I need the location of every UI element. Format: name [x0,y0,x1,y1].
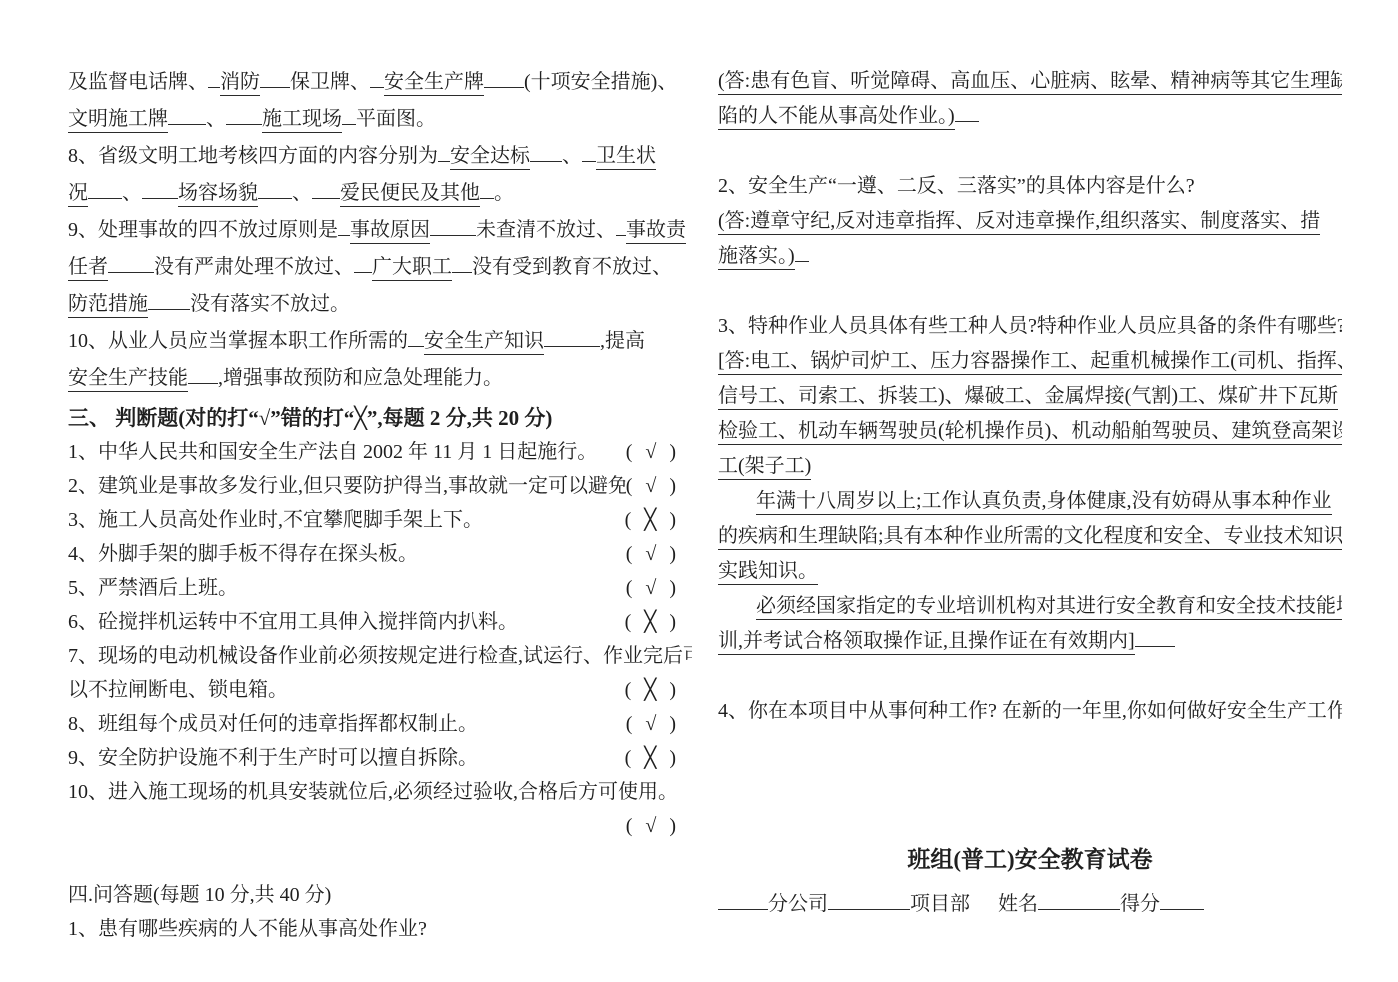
text-segment: 4、你在本项目中从事何种工作? 在新的一年里,你如何做好安全生产工作? [718,700,1342,722]
section-4-header: 四.问答题(每题 10 分,共 40 分) [68,878,692,912]
answer-mark: ( √ ) [626,707,692,741]
text-segment: 四.问答题(每题 10 分,共 40 分) [68,884,331,906]
blank-line [718,799,1342,834]
blank-line [718,729,1342,764]
qa-answer-1-line-2: 陷的人不能从事高处作业。) [718,99,1342,134]
qa-question-2: 2、安全生产“一遵、二反、三落实”的具体内容是什么? [718,169,1342,204]
fillin-q9-line-1: 9、处理事故的四不放过原则是事故原因未查清不放过、事故责 [68,212,692,249]
line-text: 4、外脚手架的脚手板不得存在探头板。 [68,537,626,571]
line-text: 3、特种作业人员具体有些工种人员?特种作业人员应具备的条件有哪些? [718,309,1342,344]
line-text: 4、你在本项目中从事何种工作? 在新的一年里,你如何做好安全生产工作? [718,694,1342,729]
line-text: 防范措施没有落实不放过。 [68,286,692,323]
section-3-header: 三、 判断题(对的打“√”错的打“╳”,每题 2 分,共 20 分) [68,397,692,435]
qa-answer-3-line-4: 工(架子工) [718,449,1342,484]
line-text: 必须经国家指定的专业培训机构对其进行安全教育和安全技术技能培 [756,589,1342,624]
line-text: 训,并考试合格领取操作证,且操作证在有效期内] [718,624,1342,659]
judgment-item-8: 8、班组每个成员对任何的违章指挥都权制止。( √ ) [68,707,692,741]
judgment-item-4: 4、外脚手架的脚手板不得存在探头板。( √ ) [68,537,692,571]
answer-text: [答:电工、锅炉司炉工、压力容器操作工、起重机械操作工(司机、指挥、 [718,350,1342,375]
blank-underline [88,179,122,199]
line-text: 3、施工人员高处作业时,不宜攀爬脚手架上下。 [68,503,625,537]
answer-mark: ( √ ) [626,571,692,605]
line-text: 10、进入施工现场的机具安装就位后,必须经过验收,合格后方可使用。 [68,775,692,809]
line-text: 1、中华人民共和国安全生产法自 2002 年 11 月 1 日起施行。 [68,435,626,469]
line-text [68,843,692,878]
answer-text: 年满十八周岁以上;工作认真负责,身体健康,没有妨碍从事本种作业 [756,490,1332,515]
qa-answer-3-line-3: 检验工、机动车辆驾驶员(轮机操作员)、机动船舶驾驶员、建筑登高架设 [718,414,1342,449]
answer-mark: ( √ ) [626,809,692,843]
line-text: 2、建筑业是事故多发行业,但只要防护得当,事故就一定可以避免。 [68,469,626,503]
answer-mark: ( ╳ ) [625,741,692,775]
answer-text: 实践知识。 [718,560,818,585]
text-segment: 4、外脚手架的脚手板不得存在探头板。 [68,543,418,565]
text-segment: 、 [206,108,226,130]
line-text: [答:电工、锅炉司炉工、压力容器操作工、起重机械操作工(司机、指挥、 [718,344,1342,379]
blank-underline [430,216,476,236]
line-text: 实践知识。 [718,554,1342,589]
line-text: 2、安全生产“一遵、二反、三落实”的具体内容是什么? [718,169,1342,204]
fillin-line-2: 文明施工牌、施工现场平面图。 [68,101,692,138]
line-text [718,764,1342,799]
line-text: 文明施工牌、施工现场平面图。 [68,101,692,138]
line-text: 8、省级文明工地考核四方面的内容分别为安全达标、卫生状 [68,138,692,175]
blank-underline [188,364,218,384]
text-segment: 。 [494,182,514,204]
line-text: 5、严禁酒后上班。 [68,571,626,605]
text-segment: 8、省级文明工地考核四方面的内容分别为 [68,145,438,167]
blank-underline [828,890,910,910]
line-text [718,799,1342,834]
qa-answer-3-line-9: 训,并考试合格领取操作证,且操作证在有效期内] [718,624,1342,659]
text-segment: 2、建筑业是事故多发行业,但只要防护得当,事故就一定可以避免。 [68,475,626,497]
line-text: 检验工、机动车辆驾驶员(轮机操作员)、机动船舶驾驶员、建筑登高架设 [718,414,1342,449]
line-text: 年满十八周岁以上;工作认真负责,身体健康,没有妨碍从事本种作业 [756,484,1342,519]
line-text: 信号工、司索工、拆装工)、爆破工、金属焊接(气割)工、煤矿井下瓦斯 [718,379,1342,414]
answer-text: 信号工、司索工、拆装工)、爆破工、金属焊接(气割)工、煤矿井下瓦斯 [718,385,1338,410]
answer-text: 施落实。) [718,245,795,270]
line-text: 安全生产技能,增强事故预防和应急处理能力。 [68,360,692,397]
blank-underline [1038,890,1120,910]
signature-line: 分公司项目部姓名得分 [718,880,1342,924]
answer-mark: ( ╳ ) [625,503,692,537]
blank-line [718,764,1342,799]
judgment-item-1: 1、中华人民共和国安全生产法自 2002 年 11 月 1 日起施行。( √ ) [68,435,692,469]
text-segment: 5、严禁酒后上班。 [68,577,238,599]
answer-text: 况 [68,182,88,207]
text-segment: 、 [292,182,312,204]
text-segment: 及监督电话牌、 [68,71,208,93]
blank-underline [338,216,350,236]
answer-mark: ( ╳ ) [625,673,692,707]
blank-underline [1135,627,1175,647]
text-segment: 7、现场的电动机械设备作业前必须按规定进行检查,试运行、作业完后可 [68,645,692,667]
text-segment: 班组(普工)安全教育试卷 [907,847,1152,872]
text-segment: 平面图。 [356,108,436,130]
right-page-column: (答:患有色盲、听觉障碍、高血压、心脏病、眩晕、精神病等其它生理缺陷的人不能从事… [718,64,1342,924]
text-segment: 姓名 [998,893,1038,915]
answer-mark: ( √ ) [626,435,692,469]
qa-question-4: 4、你在本项目中从事何种工作? 在新的一年里,你如何做好安全生产工作? [718,694,1342,729]
line-text: 及监督电话牌、消防保卫牌、安全生产牌(十项安全措施)、 [68,64,692,101]
blank-line [718,274,1342,309]
blank-line [718,659,1342,694]
blank-underline [408,327,424,347]
line-text: 工(架子工) [718,449,1342,484]
line-text: 班组(普工)安全教育试卷 [718,834,1342,880]
blank-underline [795,242,809,262]
line-text: 8、班组每个成员对任何的违章指挥都权制止。 [68,707,626,741]
answer-mark: ( √ ) [626,469,692,503]
line-text: 10、从业人员应当掌握本职工作所需的安全生产知识,提高 [68,323,692,360]
line-text [718,274,1342,309]
line-text: 陷的人不能从事高处作业。) [718,99,1342,134]
line-text: 四.问答题(每题 10 分,共 40 分) [68,878,692,912]
answer-mark: ( √ ) [626,537,692,571]
answer-text: 事故责 [626,219,686,244]
line-text [718,729,1342,764]
text-segment: 2、安全生产“一遵、二反、三落实”的具体内容是什么? [718,175,1195,197]
judgment-item-5: 5、严禁酒后上班。( √ ) [68,571,692,605]
answer-text: (答:患有色盲、听觉障碍、高血压、心脏病、眩晕、精神病等其它生理缺 [718,70,1342,95]
text-segment: 10、从业人员应当掌握本职工作所需的 [68,330,408,352]
blank-underline [342,105,356,125]
text-segment: 、 [122,182,142,204]
text-segment: 没有落实不放过。 [190,293,350,315]
text-segment: 没有受到教育不放过、 [472,256,672,278]
judgment-item-7-line-1: 7、现场的电动机械设备作业前必须按规定进行检查,试运行、作业完后可 [68,639,692,673]
blank-underline [452,253,472,273]
qa-answer-2-line-2: 施落实。) [718,239,1342,274]
blank-line [68,843,692,878]
blank-underline [718,890,768,910]
answer-text: 工(架子工) [718,455,811,480]
text-segment: 、 [562,145,582,167]
text-segment: 三、 判断题(对的打“√”错的打“╳”,每题 2 分,共 20 分) [68,406,552,430]
fillin-q8-line-2: 况、场容场貌、爱民便民及其他。 [68,175,692,212]
answer-text: 事故原因 [350,219,430,244]
blank-underline [484,68,524,88]
fillin-q10-line-2: 安全生产技能,增强事故预防和应急处理能力。 [68,360,692,397]
text-segment: (十项安全措施)、 [524,71,677,93]
blank-underline [258,179,292,199]
line-text: 1、患有哪些疾病的人不能从事高处作业? [68,912,692,946]
line-text: 9、处理事故的四不放过原则是事故原因未查清不放过、事故责 [68,212,692,249]
line-text: 施落实。) [718,239,1342,274]
text-segment: 以不拉闸断电、锁电箱。 [68,679,288,701]
qa-answer-3-line-2: 信号工、司索工、拆装工)、爆破工、金属焊接(气割)工、煤矿井下瓦斯 [718,379,1342,414]
answer-text: 陷的人不能从事高处作业。) [718,105,955,130]
qa-answer-3-line-5: 年满十八周岁以上;工作认真负责,身体健康,没有妨碍从事本种作业 [718,484,1342,519]
text-segment: 项目部 [910,893,970,915]
answer-text: 广大职工 [372,256,452,281]
line-text: 分公司项目部姓名得分 [718,880,1342,924]
blank-line [718,134,1342,169]
blank-underline [438,142,450,162]
blank-underline [226,105,262,125]
judgment-item-10-line-1: 10、进入施工现场的机具安装就位后,必须经过验收,合格后方可使用。 [68,775,692,809]
blank-underline [260,68,290,88]
fillin-q8-line-1: 8、省级文明工地考核四方面的内容分别为安全达标、卫生状 [68,138,692,175]
spacer [970,891,998,910]
qa-answer-1-line-1: (答:患有色盲、听觉障碍、高血压、心脏病、眩晕、精神病等其它生理缺 [718,64,1342,99]
answer-text: 安全生产知识 [424,330,544,355]
judgment-item-6: 6、砼搅拌机运转中不宜用工具伸入搅拌筒内扒料。( ╳ ) [68,605,692,639]
answer-text: 爱民便民及其他 [340,182,480,207]
blank-underline [354,253,372,273]
fillin-q10-line-1: 10、从业人员应当掌握本职工作所需的安全生产知识,提高 [68,323,692,360]
text-segment: 1、患有哪些疾病的人不能从事高处作业? [68,918,427,940]
answer-text: 训,并考试合格领取操作证,且操作证在有效期内] [718,630,1135,655]
fillin-q9-line-3: 防范措施没有落实不放过。 [68,286,692,323]
answer-text: 安全生产牌 [384,71,484,96]
text-segment: 9、处理事故的四不放过原则是 [68,219,338,241]
exam-paper-page: 及监督电话牌、消防保卫牌、安全生产牌(十项安全措施)、文明施工牌、施工现场平面图… [0,0,1398,982]
blank-underline [108,253,154,273]
blank-underline [312,179,340,199]
text-segment: 3、施工人员高处作业时,不宜攀爬脚手架上下。 [68,509,483,531]
line-text: (答:患有色盲、听觉障碍、高血压、心脏病、眩晕、精神病等其它生理缺 [718,64,1342,99]
text-segment: 8、班组每个成员对任何的违章指挥都权制止。 [68,713,478,735]
line-text: 的疾病和生理缺陷;具有本种作业所需的文化程度和安全、专业技术知识及 [718,519,1342,554]
line-text: (答:遵章守纪,反对违章指挥、反对违章操作,组织落实、制度落实、措 [718,204,1342,239]
fillin-line-1: 及监督电话牌、消防保卫牌、安全生产牌(十项安全措施)、 [68,64,692,101]
blank-underline [480,179,494,199]
left-page-column: 及监督电话牌、消防保卫牌、安全生产牌(十项安全措施)、文明施工牌、施工现场平面图… [68,64,692,946]
line-text [68,809,626,843]
text-segment: 得分 [1120,893,1160,915]
blank-underline [148,290,190,310]
blank-underline [168,105,206,125]
judgment-item-7-line-2: 以不拉闸断电、锁电箱。( ╳ ) [68,673,692,707]
answer-text: 卫生状 [596,145,656,170]
judgment-item-3: 3、施工人员高处作业时,不宜攀爬脚手架上下。( ╳ ) [68,503,692,537]
answer-text: 的疾病和生理缺陷;具有本种作业所需的文化程度和安全、专业技术知识及 [718,525,1342,550]
qa-answer-3-line-7: 实践知识。 [718,554,1342,589]
qa-answer-3-line-6: 的疾病和生理缺陷;具有本种作业所需的文化程度和安全、专业技术知识及 [718,519,1342,554]
text-segment: 1、中华人民共和国安全生产法自 2002 年 11 月 1 日起施行。 [68,441,597,463]
answer-text: 场容场貌 [178,182,258,207]
blank-underline [544,327,600,347]
answer-text: (答:遵章守纪,反对违章指挥、反对违章操作,组织落实、制度落实、措 [718,210,1320,235]
text-segment: ,增强事故预防和应急处理能力。 [218,367,503,389]
blank-underline [208,68,220,88]
qa-answer-2-line-1: (答:遵章守纪,反对违章指挥、反对违章操作,组织落实、制度落实、措 [718,204,1342,239]
blank-underline [616,216,626,236]
text-segment: ,提高 [600,330,645,352]
judgment-item-2: 2、建筑业是事故多发行业,但只要防护得当,事故就一定可以避免。( √ ) [68,469,692,503]
qa-answer-3-line-1: [答:电工、锅炉司炉工、压力容器操作工、起重机械操作工(司机、指挥、 [718,344,1342,379]
text-segment: 保卫牌、 [290,71,370,93]
answer-text: 防范措施 [68,293,148,318]
blank-underline [582,142,596,162]
line-text: 况、场容场貌、爱民便民及其他。 [68,175,692,212]
text-segment: 没有严肃处理不放过、 [154,256,354,278]
blank-underline [530,142,562,162]
answer-text: 安全生产技能 [68,367,188,392]
blank-underline [1160,890,1204,910]
answer-text: 施工现场 [262,108,342,133]
line-text: 9、安全防护设施不利于生产时可以擅自拆除。 [68,741,625,775]
line-text: 任者没有严肃处理不放过、广大职工没有受到教育不放过、 [68,249,692,286]
text-segment: 未查清不放过、 [476,219,616,241]
blank-underline [955,102,979,122]
line-text: 三、 判断题(对的打“√”错的打“╳”,每题 2 分,共 20 分) [68,397,692,435]
blank-underline [142,179,178,199]
answer-text: 安全达标 [450,145,530,170]
qa-question-1: 1、患有哪些疾病的人不能从事高处作业? [68,912,692,946]
paper-title: 班组(普工)安全教育试卷 [718,834,1342,880]
judgment-item-9: 9、安全防护设施不利于生产时可以擅自拆除。( ╳ ) [68,741,692,775]
answer-mark: ( ╳ ) [625,605,692,639]
text-segment: 9、安全防护设施不利于生产时可以擅自拆除。 [68,747,478,769]
line-text [718,659,1342,694]
line-text: 7、现场的电动机械设备作业前必须按规定进行检查,试运行、作业完后可 [68,639,692,673]
qa-question-3: 3、特种作业人员具体有些工种人员?特种作业人员应具备的条件有哪些? [718,309,1342,344]
fillin-q9-line-2: 任者没有严肃处理不放过、广大职工没有受到教育不放过、 [68,249,692,286]
line-text: 以不拉闸断电、锁电箱。 [68,673,625,707]
blank-underline [370,68,384,88]
judgment-item-10-answer: ( √ ) [68,809,692,843]
answer-text: 消防 [220,71,260,96]
answer-text: 文明施工牌 [68,108,168,133]
text-segment: 10、进入施工现场的机具安装就位后,必须经过验收,合格后方可使用。 [68,781,678,803]
answer-text: 检验工、机动车辆驾驶员(轮机操作员)、机动船舶驾驶员、建筑登高架设 [718,420,1342,445]
line-text [718,134,1342,169]
line-text: 6、砼搅拌机运转中不宜用工具伸入搅拌筒内扒料。 [68,605,625,639]
text-segment: 3、特种作业人员具体有些工种人员?特种作业人员应具备的条件有哪些? [718,315,1342,337]
answer-text: 必须经国家指定的专业培训机构对其进行安全教育和安全技术技能培 [756,595,1342,620]
answer-text: 任者 [68,256,108,281]
text-segment: 6、砼搅拌机运转中不宜用工具伸入搅拌筒内扒料。 [68,611,518,633]
qa-answer-3-line-8: 必须经国家指定的专业培训机构对其进行安全教育和安全技术技能培 [718,589,1342,624]
text-segment: 分公司 [768,893,828,915]
